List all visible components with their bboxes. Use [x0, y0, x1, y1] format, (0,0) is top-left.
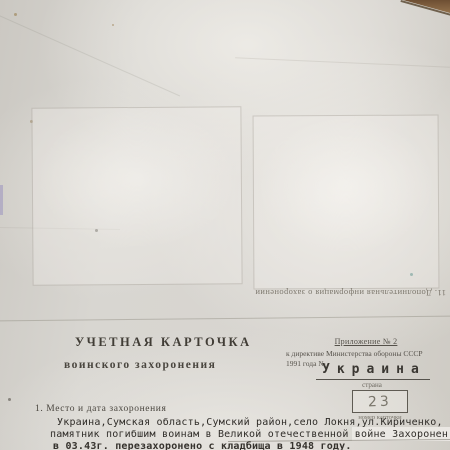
country-value: Украина — [316, 362, 430, 380]
stain-speck — [14, 13, 17, 16]
typed-location-line1: Украина,Сумская область,Сумский район,се… — [57, 417, 443, 429]
stain-speck — [112, 24, 114, 26]
stain-speck — [8, 398, 11, 401]
card-title: УЧЕТНАЯ КАРТОЧКА — [75, 335, 252, 350]
card-number-box: 23 — [352, 390, 408, 413]
photo-placeholder-left — [31, 106, 242, 285]
annex-directive: к директиве Министерства обороны СССР — [286, 349, 446, 358]
left-edge-mark — [0, 185, 3, 215]
country-label: страна — [316, 381, 428, 389]
annex-number: Приложение № 2 — [286, 337, 446, 346]
scanned-burial-card: { "document": { "back_note": "11. Дополн… — [0, 0, 450, 450]
back-side-note: 11. Дополнительная информация о захороне… — [255, 288, 446, 298]
section1-label: 1. Место и дата захоронения — [35, 404, 166, 414]
typed-location-line2: памятник погибшим воинам в Великой отече… — [50, 429, 448, 441]
photo-placeholder-right — [253, 115, 440, 290]
typed-location-line3: в 03.43г. перезахоронено с кладбища в 19… — [53, 441, 352, 450]
card-number-value: 23 — [368, 393, 392, 410]
card-subtitle: воинского захоронения — [64, 359, 216, 371]
